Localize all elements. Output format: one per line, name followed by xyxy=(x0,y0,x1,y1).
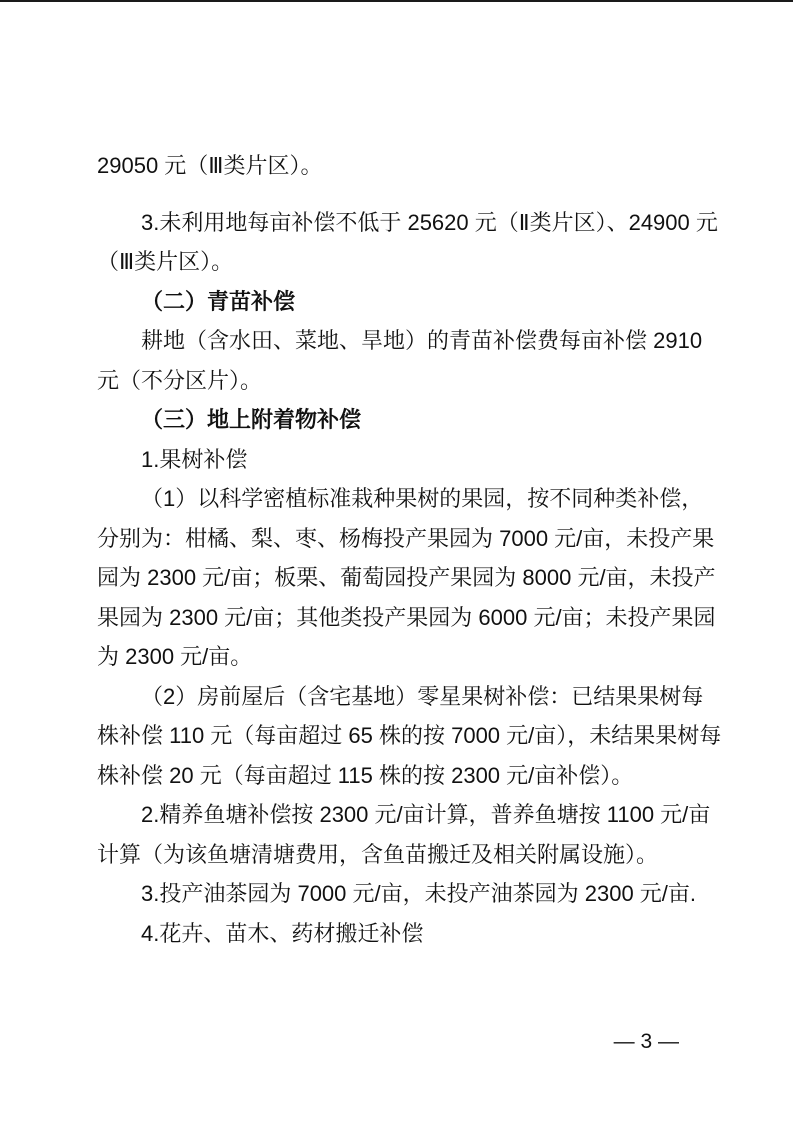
doc-line: 耕地（含水田、菜地、旱地）的青苗补偿费每亩补偿 2910 xyxy=(97,321,691,361)
doc-line: 3.未利用地每亩补偿不低于 25620 元（Ⅱ类片区）、24900 元 xyxy=(97,203,691,243)
page-number: — 3 — xyxy=(614,1027,679,1057)
doc-line: 2.精养鱼塘补偿按 2300 元/亩计算，普养鱼塘按 1100 元/亩 xyxy=(97,795,691,835)
doc-line: 元（不分区片）。 xyxy=(97,361,691,401)
doc-line: 株补偿 110 元（每亩超过 65 株的按 7000 元/亩），未结果果树每 xyxy=(97,716,691,756)
doc-line: 29050 元（Ⅲ类片区）。 xyxy=(97,146,691,186)
doc-line: （Ⅲ类片区）。 xyxy=(97,242,691,282)
doc-line: （2）房前屋后（含宅基地）零星果树补偿：已结果果树每 xyxy=(97,677,691,717)
document-page: 29050 元（Ⅲ类片区）。 3.未利用地每亩补偿不低于 25620 元（Ⅱ类片… xyxy=(0,0,793,1122)
doc-line: 为 2300 元/亩。 xyxy=(97,637,691,677)
doc-line: 果园为 2300 元/亩；其他类投产果园为 6000 元/亩；未投产果园 xyxy=(97,598,691,638)
document-body: 29050 元（Ⅲ类片区）。 3.未利用地每亩补偿不低于 25620 元（Ⅱ类片… xyxy=(97,146,691,953)
section-heading: （二）青苗补偿 xyxy=(97,282,691,322)
doc-line: 计算（为该鱼塘清塘费用，含鱼苗搬迁及相关附属设施）。 xyxy=(97,835,691,875)
doc-line: 园为 2300 元/亩；板栗、葡萄园投产果园为 8000 元/亩，未投产 xyxy=(97,558,691,598)
doc-line: 3.投产油茶园为 7000 元/亩，未投产油茶园为 2300 元/亩. xyxy=(97,874,691,914)
doc-line: （1）以科学密植标准栽种果树的果园，按不同种类补偿， xyxy=(97,479,691,519)
doc-line: 1.果树补偿 xyxy=(97,440,691,480)
doc-line: 4.花卉、苗木、药材搬迁补偿 xyxy=(97,914,691,954)
scan-edge-line xyxy=(0,0,793,2)
doc-line: 株补偿 20 元（每亩超过 115 株的按 2300 元/亩补偿）。 xyxy=(97,756,691,796)
section-heading: （三）地上附着物补偿 xyxy=(97,400,691,440)
doc-line: 分别为：柑橘、梨、枣、杨梅投产果园为 7000 元/亩，未投产果 xyxy=(97,519,691,559)
